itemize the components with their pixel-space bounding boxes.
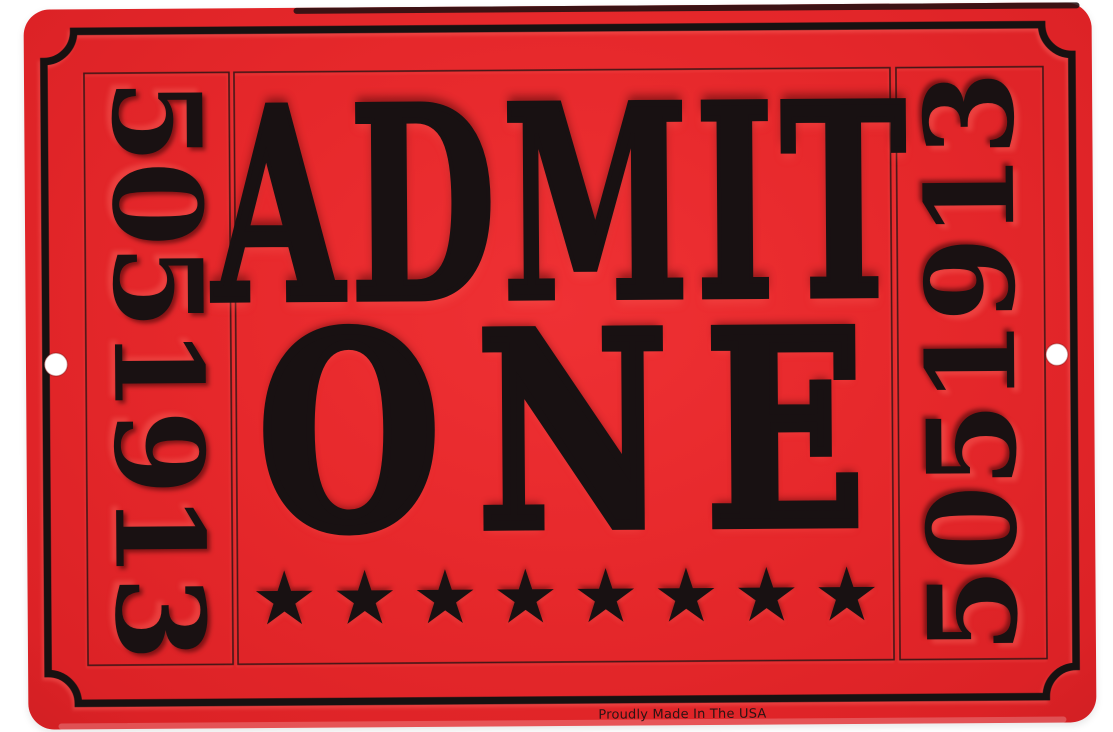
stars-row: ★★★★★★★★ bbox=[237, 552, 894, 643]
stars-icons: ★★★★★★★★ bbox=[251, 558, 894, 636]
serial-number-right: 5051913 bbox=[908, 73, 1034, 654]
right-stub: 5051913 bbox=[896, 67, 1047, 660]
one-row: ONE bbox=[236, 326, 893, 541]
product-photo: 5051913 5051913 ADMIT ONE ★★★★★★★★ Proud… bbox=[0, 0, 1113, 732]
left-stub: 5051913 bbox=[84, 72, 233, 665]
one-text: ONE bbox=[258, 297, 904, 568]
serial-number-left: 5051913 bbox=[95, 78, 221, 659]
mounting-hole-left bbox=[44, 353, 67, 376]
mounting-hole-right bbox=[1046, 343, 1068, 365]
ticket-sign-plate: 5051913 5051913 ADMIT ONE ★★★★★★★★ Proud… bbox=[23, 2, 1096, 729]
